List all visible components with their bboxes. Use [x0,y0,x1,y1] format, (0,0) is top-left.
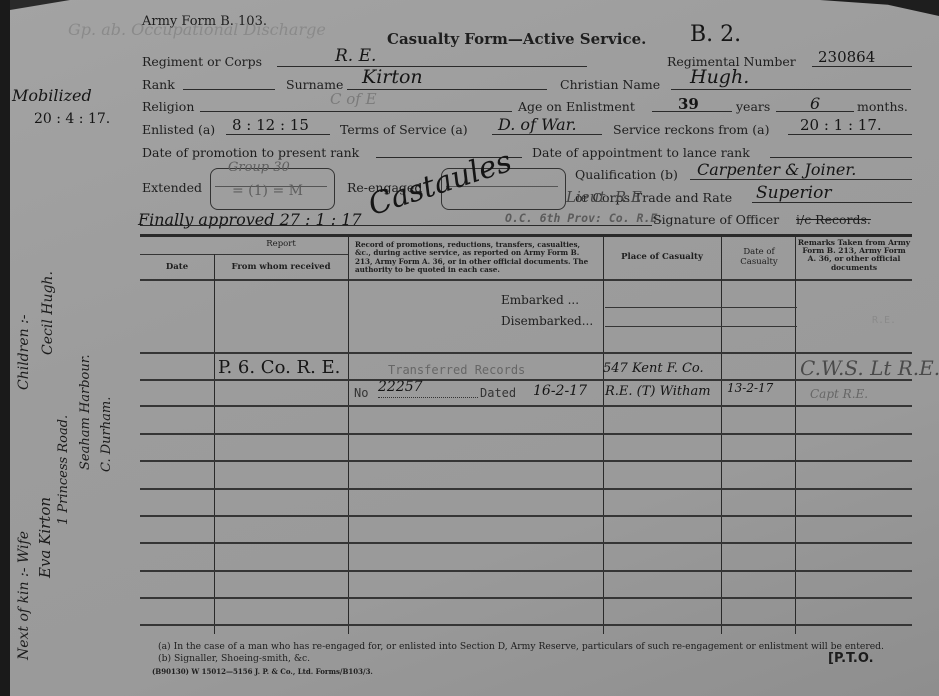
regiment-label: Regiment or Corps [142,54,262,69]
table-rule [140,433,912,435]
table-rule [140,515,912,517]
months-label: months. [857,99,908,114]
nok-address-1: 1 Princess Road. [56,415,71,525]
finally-approved-note: Finally approved 27 : 1 : 17 [138,210,362,229]
signature-initials: Lieut. R.E. [566,188,647,206]
officer-stamp: O.C. 6th Prov: Co. R.E. [505,211,664,225]
promotion-label: Date of promotion to present rank [142,145,359,160]
christian-name-value: Hugh. [690,66,749,88]
extended-value-code: = (1) = M [232,183,303,199]
header-record: Record of promotions, reductions, transf… [355,241,598,274]
mobilized-date: 20 : 4 : 17. [34,111,110,127]
table-rule [140,352,912,354]
printer-imprint: (B90130) W 15012—5156 J. P. & Co., Ltd. … [152,667,373,676]
qualification-value: Carpenter & Joiner. [697,160,856,179]
header-date-casualty: Date of Casualty [727,247,791,267]
header-from-whom: From whom received [214,262,348,272]
next-of-kin-label: Next of kin :- Wife [16,531,32,660]
terms-value: D. of War. [498,115,577,134]
table-rule [140,570,912,572]
header-place: Place of Casualty [603,252,721,262]
regimental-number-value: 230864 [818,48,875,66]
table-rule [140,542,912,544]
embarked-label: Embarked ... [501,293,579,307]
nok-name: Eva Kirton [36,497,54,578]
table-rule [140,624,912,626]
pto-mark: [P.T.O. [828,651,874,666]
christian-name-label: Christian Name [560,77,660,92]
children-label: Children :- [16,314,32,390]
extended-label: Extended [142,180,202,195]
surname-value: Kirton [362,66,423,88]
age-months-value: 6 [810,94,820,113]
sheet-mark: B. 2. [690,22,741,47]
table-rule [140,460,912,462]
row1-record: Transferred Records [388,363,525,377]
mobilized-label: Mobilized [12,86,92,105]
row2-dated-value: 16-2-17 [533,383,587,399]
row1-place: 547 Kent F. Co. [603,361,704,376]
header-remarks: Remarks Taken from Army Form B. 213, Arm… [797,239,911,272]
table-rule [140,488,912,490]
table-rule [140,405,912,407]
table-rule [140,597,912,599]
row2-dated-label: Dated [480,386,516,400]
row1-from-whom: P. 6. Co. R. E. [218,357,340,378]
regiment-value: R. E. [335,46,376,66]
age-years-value: 39 [678,95,699,113]
header-report-group: Report [214,239,348,249]
age-label: Age on Enlistment [518,99,635,114]
row2-no-value: 22257 [378,379,423,395]
religion-value: C of E [330,90,377,108]
disembarked-label: Disembarked... [501,314,593,328]
extended-value-group: Group 30 [228,160,290,175]
row1-remarks: C.W.S. Lt R.E. [800,356,939,380]
header-date: Date [140,262,214,272]
years-label: years [736,99,770,114]
corps-trade-value: Superior [756,183,831,203]
table-rule [140,379,912,381]
rank-label: Rank [142,77,175,92]
form-title: Casualty Form—Active Service. [387,30,646,48]
form-number: Army Form B. 103. [142,14,267,29]
scan-left-edge [0,0,10,696]
row2-no-label: No [354,386,368,400]
service-reckons-value: 20 : 1 : 17. [800,116,882,134]
enlisted-value: 8 : 12 : 15 [232,116,309,134]
terms-label: Terms of Service (a) [340,122,468,137]
qualification-label: Qualification (b) [575,167,678,182]
children-name: Cecil Hugh. [40,271,56,355]
religion-label: Religion [142,99,194,114]
row2-remarks: Capt R.E. [810,387,868,401]
service-reckons-label: Service reckons from (a) [613,122,769,137]
row2-place: R.E. (T) Witham [605,384,711,399]
footnote-a: (a) In the case of a man who has re-enga… [158,641,884,652]
row2-date-casualty: 13-2-17 [727,381,773,395]
signature-label-struck: i/c Records. [796,212,871,227]
nok-address-2: Seaham Harbour. [78,354,93,470]
signature-label: Signature of Officer [653,212,779,227]
footnote-b: (b) Signaller, Shoeing-smith, &c. [158,653,310,664]
faint-remarks-stamp: R.E. [872,315,896,326]
enlisted-label: Enlisted (a) [142,122,215,137]
lance-rank-label: Date of appointment to lance rank [532,145,750,160]
nok-address-3: C. Durham. [99,397,114,472]
